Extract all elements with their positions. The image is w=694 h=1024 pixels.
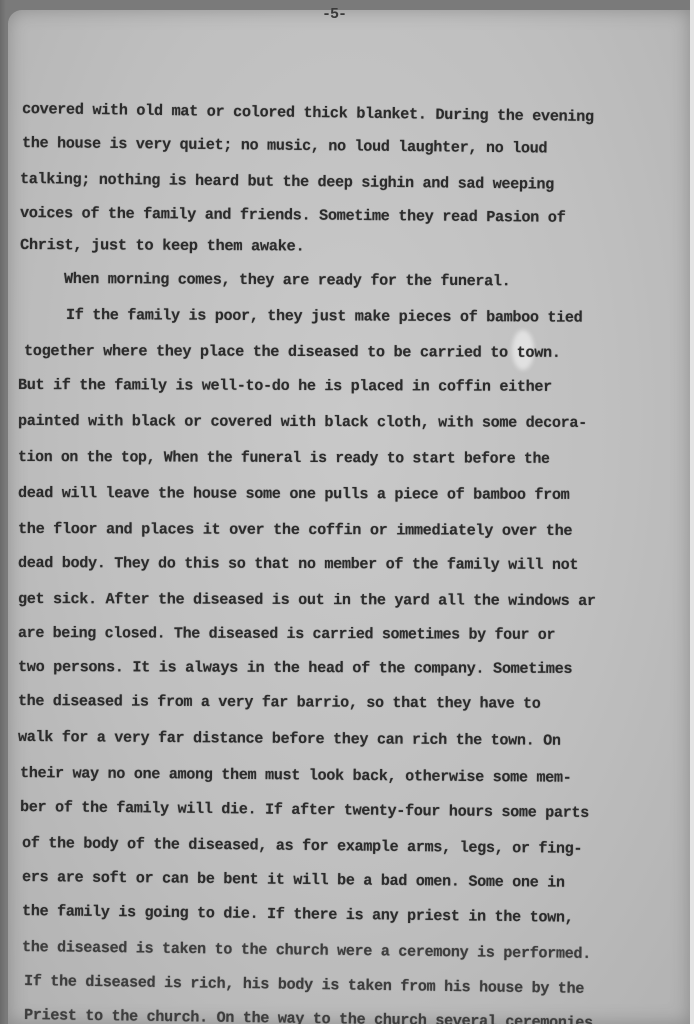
text-line: painted with black or covered with black… [18, 412, 587, 432]
text-line: dead will leave the house some one pulls… [18, 484, 569, 504]
text-line: dead body. They do this so that no membe… [18, 554, 578, 574]
text-line: are being closed. The diseased is carrie… [18, 624, 555, 644]
text-line: the diseased is from a very far barrio, … [18, 692, 541, 713]
text-line: get sick. After the diseased is out in t… [18, 590, 596, 610]
text-line: together where they place the diseased t… [24, 342, 561, 362]
text-line: tion on the top, When the funeral is rea… [18, 448, 550, 468]
text-line: the floor and places it over the coffin … [18, 520, 572, 540]
text-line: But if the family is well-to-do he is pl… [18, 376, 552, 396]
text-line: Christ, just to keep them awake. [20, 236, 304, 255]
scan-edge [690, 0, 694, 1024]
text-line: If the family is poor, they just make pi… [66, 306, 583, 327]
text-line: two persons. It is always in the head of… [18, 658, 572, 678]
text-line: walk for a very far distance before they… [18, 728, 561, 750]
page-number: -5- [322, 6, 346, 23]
text-line: When morning comes, they are ready for t… [64, 270, 510, 290]
